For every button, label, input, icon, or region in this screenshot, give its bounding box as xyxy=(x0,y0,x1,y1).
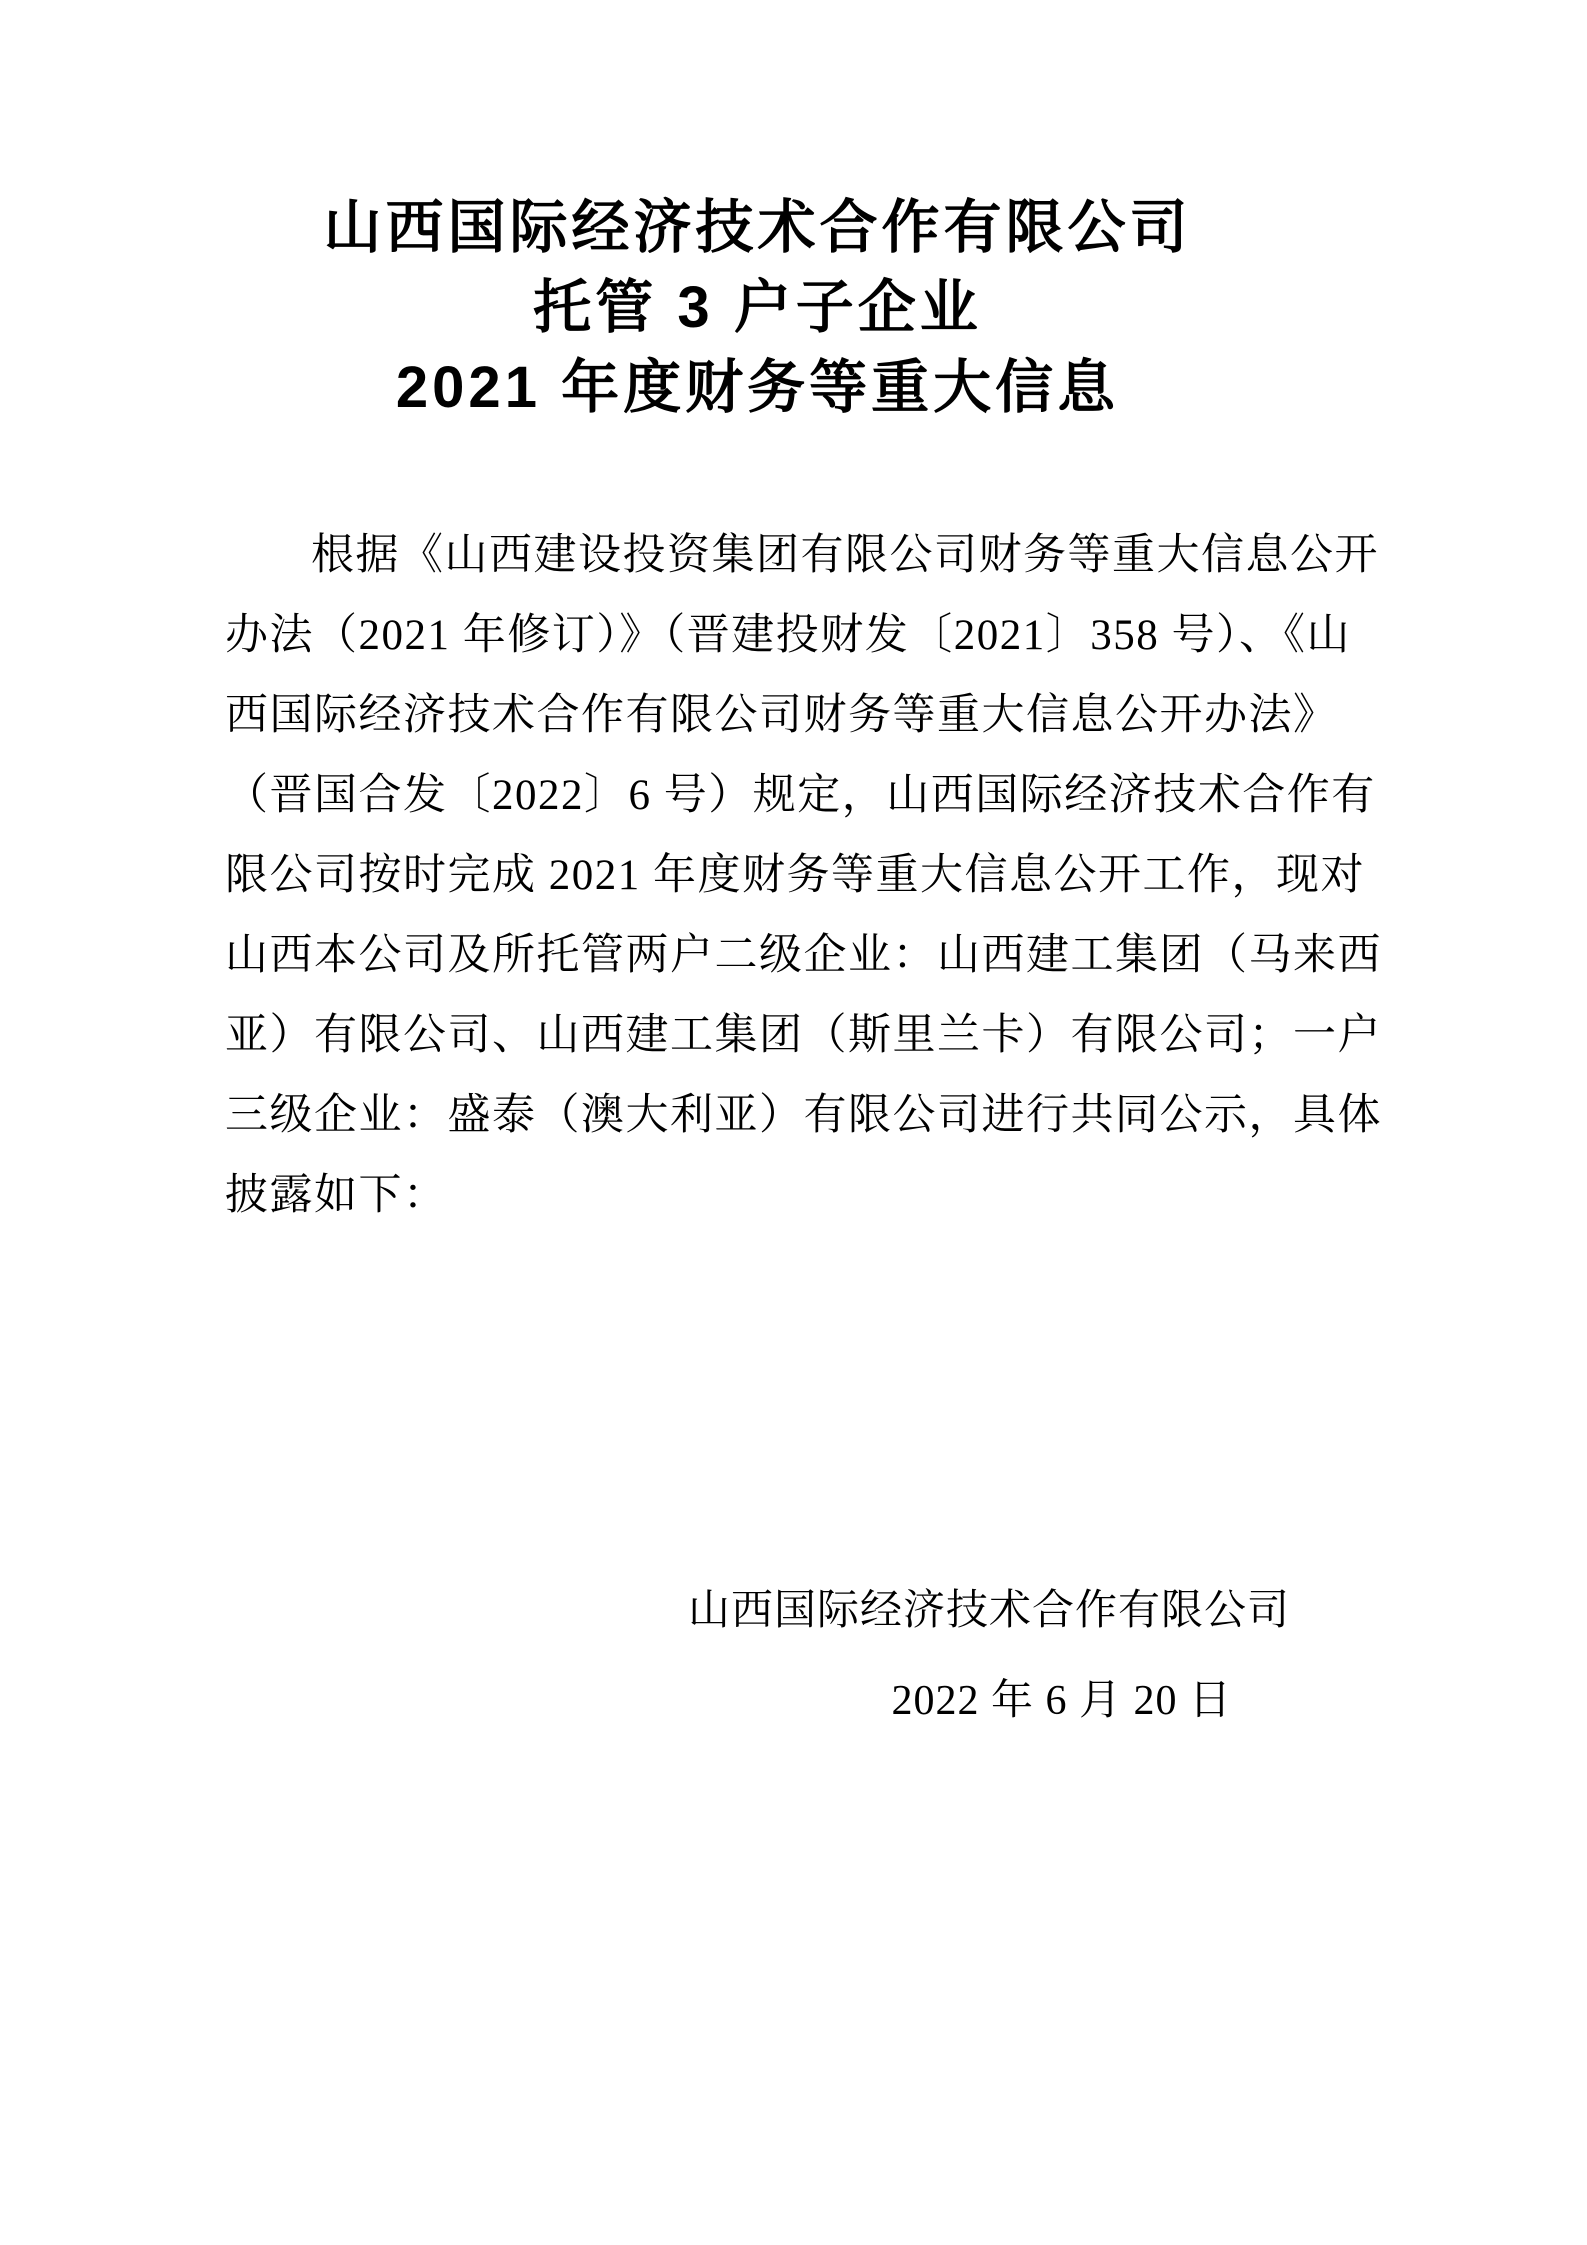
title-line-1: 山西国际经济技术合作有限公司 xyxy=(225,188,1290,268)
paragraph-line-1: 根据《山西建设投资集团有限公司财务等重大信息公开 xyxy=(225,516,1290,596)
title-line-3: 2021 年度财务等重大信息 xyxy=(225,348,1290,428)
document-title: 山西国际经济技术合作有限公司 托管 3 户子企业 2021 年度财务等重大信息 xyxy=(225,188,1290,428)
paragraph-line-2: 办法（2021 年修订）》（晋建投财发〔2021〕358 号）、《山 xyxy=(225,596,1290,676)
paragraph-line-9: 披露如下： xyxy=(225,1156,1290,1236)
signature-block: 山西国际经济技术合作有限公司 2022 年 6 月 20 日 xyxy=(225,1566,1290,1746)
signature-date: 2022 年 6 月 20 日 xyxy=(225,1656,1290,1746)
signature-company: 山西国际经济技术合作有限公司 xyxy=(225,1566,1290,1656)
body-paragraph: 根据《山西建设投资集团有限公司财务等重大信息公开 办法（2021 年修订）》（晋… xyxy=(225,516,1290,1236)
paragraph-line-7: 亚）有限公司、山西建工集团（斯里兰卡）有限公司；一户 xyxy=(225,996,1290,1076)
paragraph-line-8: 三级企业：盛泰（澳大利亚）有限公司进行共同公示，具体 xyxy=(225,1076,1290,1156)
paragraph-line-4: （晋国合发〔2022〕6 号）规定，山西国际经济技术合作有 xyxy=(225,756,1290,836)
paragraph-line-5: 限公司按时完成 2021 年度财务等重大信息公开工作，现对 xyxy=(225,836,1290,916)
document-page: 山西国际经济技术合作有限公司 托管 3 户子企业 2021 年度财务等重大信息 … xyxy=(0,0,1587,2245)
paragraph-line-3: 西国际经济技术合作有限公司财务等重大信息公开办法》 xyxy=(225,676,1290,756)
document-content: 山西国际经济技术合作有限公司 托管 3 户子企业 2021 年度财务等重大信息 … xyxy=(0,188,1587,1746)
paragraph-line-6: 山西本公司及所托管两户二级企业：山西建工集团（马来西 xyxy=(225,916,1290,996)
title-line-2: 托管 3 户子企业 xyxy=(225,268,1290,348)
